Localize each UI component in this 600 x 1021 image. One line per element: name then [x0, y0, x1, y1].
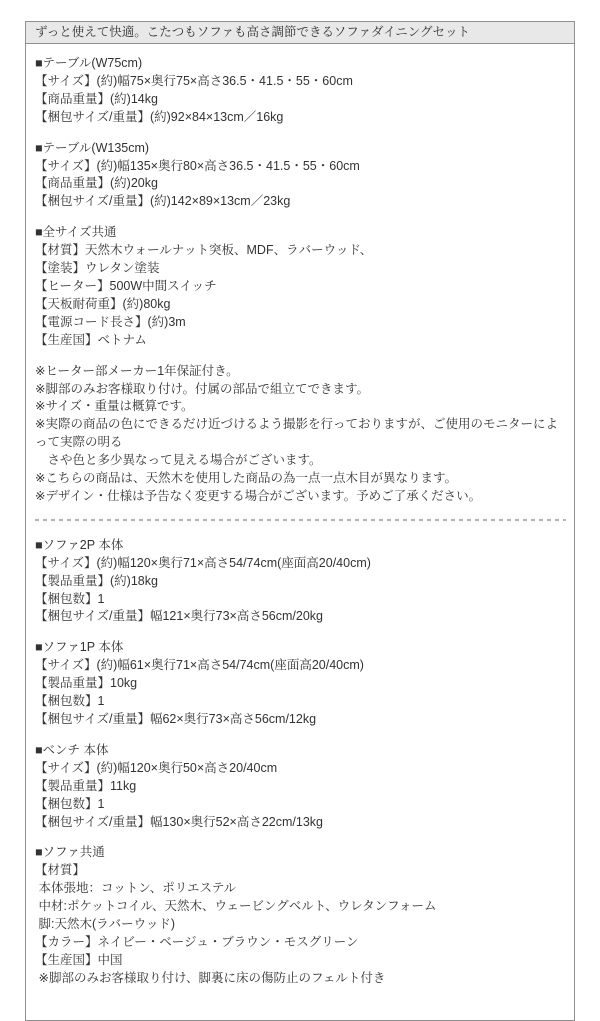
spec-line: 【製品重量】(約)18kg: [35, 573, 566, 591]
spec-line: 【商品重量】(約)14kg: [35, 91, 566, 109]
spec-line: 【商品重量】(約)20kg: [35, 175, 566, 193]
spec-line: ■ソファ2P 本体: [35, 537, 566, 555]
spec-line: 【梱包サイズ/重量】(約)142×89×13cm／23kg: [35, 193, 566, 211]
spec-header-bar: ずっと使えて快適。こたつもソファも高さ調節できるソファダイニングセット: [26, 22, 574, 44]
spec-line: 【製品重量】11kg: [35, 778, 566, 796]
spec-section-sofa-common: ■ソファ共通【材質】 本体張地：コットン、ポリエステル 中材:ポケットコイル、天…: [35, 844, 566, 970]
spec-line: 【材質】: [35, 862, 566, 880]
dashed-divider: [35, 519, 566, 521]
product-spec-panel: ずっと使えて快適。こたつもソファも高さ調節できるソファダイニングセット ■テーブ…: [25, 21, 575, 970]
spec-line: 【電源コード長さ】(約)3m: [35, 314, 566, 332]
spec-line: 中材:ポケットコイル、天然木、ウェービングベルト、ウレタンフォーム: [35, 898, 566, 916]
spec-line: 【サイズ】(約)幅61×奥行71×高さ54/74cm(座面高20/40cm): [35, 657, 566, 675]
spec-line: ■全サイズ共通: [35, 224, 566, 242]
spec-line: 【カラー】ネイビー・ベージュ・ブラウン・モスグリーン: [35, 934, 566, 952]
spec-line: 【梱包サイズ/重量】(約)92×84×13cm／16kg: [35, 109, 566, 127]
spec-section-table-w135: ■テーブル(W135cm)【サイズ】(約)幅135×奥行80×高さ36.5・41…: [35, 140, 566, 212]
spec-line: ■ベンチ 本体: [35, 742, 566, 760]
spec-line: 【生産国】ベトナム: [35, 332, 566, 350]
spec-line: 【天板耐荷重】(約)80kg: [35, 296, 566, 314]
spec-section-table-w75: ■テーブル(W75cm)【サイズ】(約)幅75×奥行75×高さ36.5・41.5…: [35, 55, 566, 127]
spec-line: ※ヒーター部メーカー1年保証付き。: [35, 363, 566, 381]
spec-line: 脚:天然木(ラバーウッド): [35, 916, 566, 934]
spec-line: ※こちらの商品は、天然木を使用した商品の為一点一点木目が異なります。: [35, 470, 566, 488]
spec-line: 【製品重量】10kg: [35, 675, 566, 693]
spec-line: 【ヒーター】500W中間スイッチ: [35, 278, 566, 296]
spec-line: 【梱包数】1: [35, 796, 566, 814]
spec-line: 【梱包数】1: [35, 693, 566, 711]
spec-line: 【材質】天然木ウォールナット突板、MDF、ラバーウッド、: [35, 242, 566, 260]
spec-line: 【生産国】中国: [35, 952, 566, 970]
spec-line: 【サイズ】(約)幅120×奥行50×高さ20/40cm: [35, 760, 566, 778]
spec-line: ■テーブル(W75cm): [35, 55, 566, 73]
spec-section-bench: ■ベンチ 本体【サイズ】(約)幅120×奥行50×高さ20/40cm【製品重量】…: [35, 742, 566, 832]
spec-body: ■テーブル(W75cm)【サイズ】(約)幅75×奥行75×高さ36.5・41.5…: [26, 44, 574, 970]
spec-line: さや色と多少異なって見える場合がございます。: [35, 452, 566, 470]
spec-line: ■ソファ共通: [35, 844, 566, 862]
spec-section-all-sizes-common: ■全サイズ共通【材質】天然木ウォールナット突板、MDF、ラバーウッド、【塗装】ウ…: [35, 224, 566, 349]
spec-line: ※脚部のみお客様取り付け。付属の部品で組立てできます。: [35, 381, 566, 399]
spec-line: 【サイズ】(約)幅75×奥行75×高さ36.5・41.5・55・60cm: [35, 73, 566, 91]
spec-section-sofa-2p: ■ソファ2P 本体【サイズ】(約)幅120×奥行71×高さ54/74cm(座面高…: [35, 537, 566, 627]
spec-line: ※デザイン・仕様は予告なく変更する場合がございます。予めご了承ください。: [35, 488, 566, 506]
spec-line: 【サイズ】(約)幅135×奥行80×高さ36.5・41.5・55・60cm: [35, 158, 566, 176]
spec-line: 【梱包サイズ/重量】幅130×奥行52×高さ22cm/13kg: [35, 814, 566, 832]
spec-line: ※実際の商品の色にできるだけ近づけるよう撮影を行っておりますが、ご使用のモニター…: [35, 416, 566, 452]
spec-line: ※サイズ・重量は概算です。: [35, 398, 566, 416]
spec-line: ■テーブル(W135cm): [35, 140, 566, 158]
spec-line: 【塗装】ウレタン塗装: [35, 260, 566, 278]
spec-line: 【梱包サイズ/重量】幅121×奥行73×高さ56cm/20kg: [35, 608, 566, 626]
spec-line: 【梱包サイズ/重量】幅62×奥行73×高さ56cm/12kg: [35, 711, 566, 729]
spec-line: 【サイズ】(約)幅120×奥行71×高さ54/74cm(座面高20/40cm): [35, 555, 566, 573]
spec-section-table-notes: ※ヒーター部メーカー1年保証付き。※脚部のみお客様取り付け。付属の部品で組立てで…: [35, 363, 566, 506]
spec-section-sofa-1p: ■ソファ1P 本体【サイズ】(約)幅61×奥行71×高さ54/74cm(座面高2…: [35, 639, 566, 729]
spec-line: 本体張地：コットン、ポリエステル: [35, 880, 566, 898]
spec-header-title: ずっと使えて快適。こたつもソファも高さ調節できるソファダイニングセット: [35, 25, 470, 39]
spec-line: ■ソファ1P 本体: [35, 639, 566, 657]
spec-line: 【梱包数】1: [35, 591, 566, 609]
